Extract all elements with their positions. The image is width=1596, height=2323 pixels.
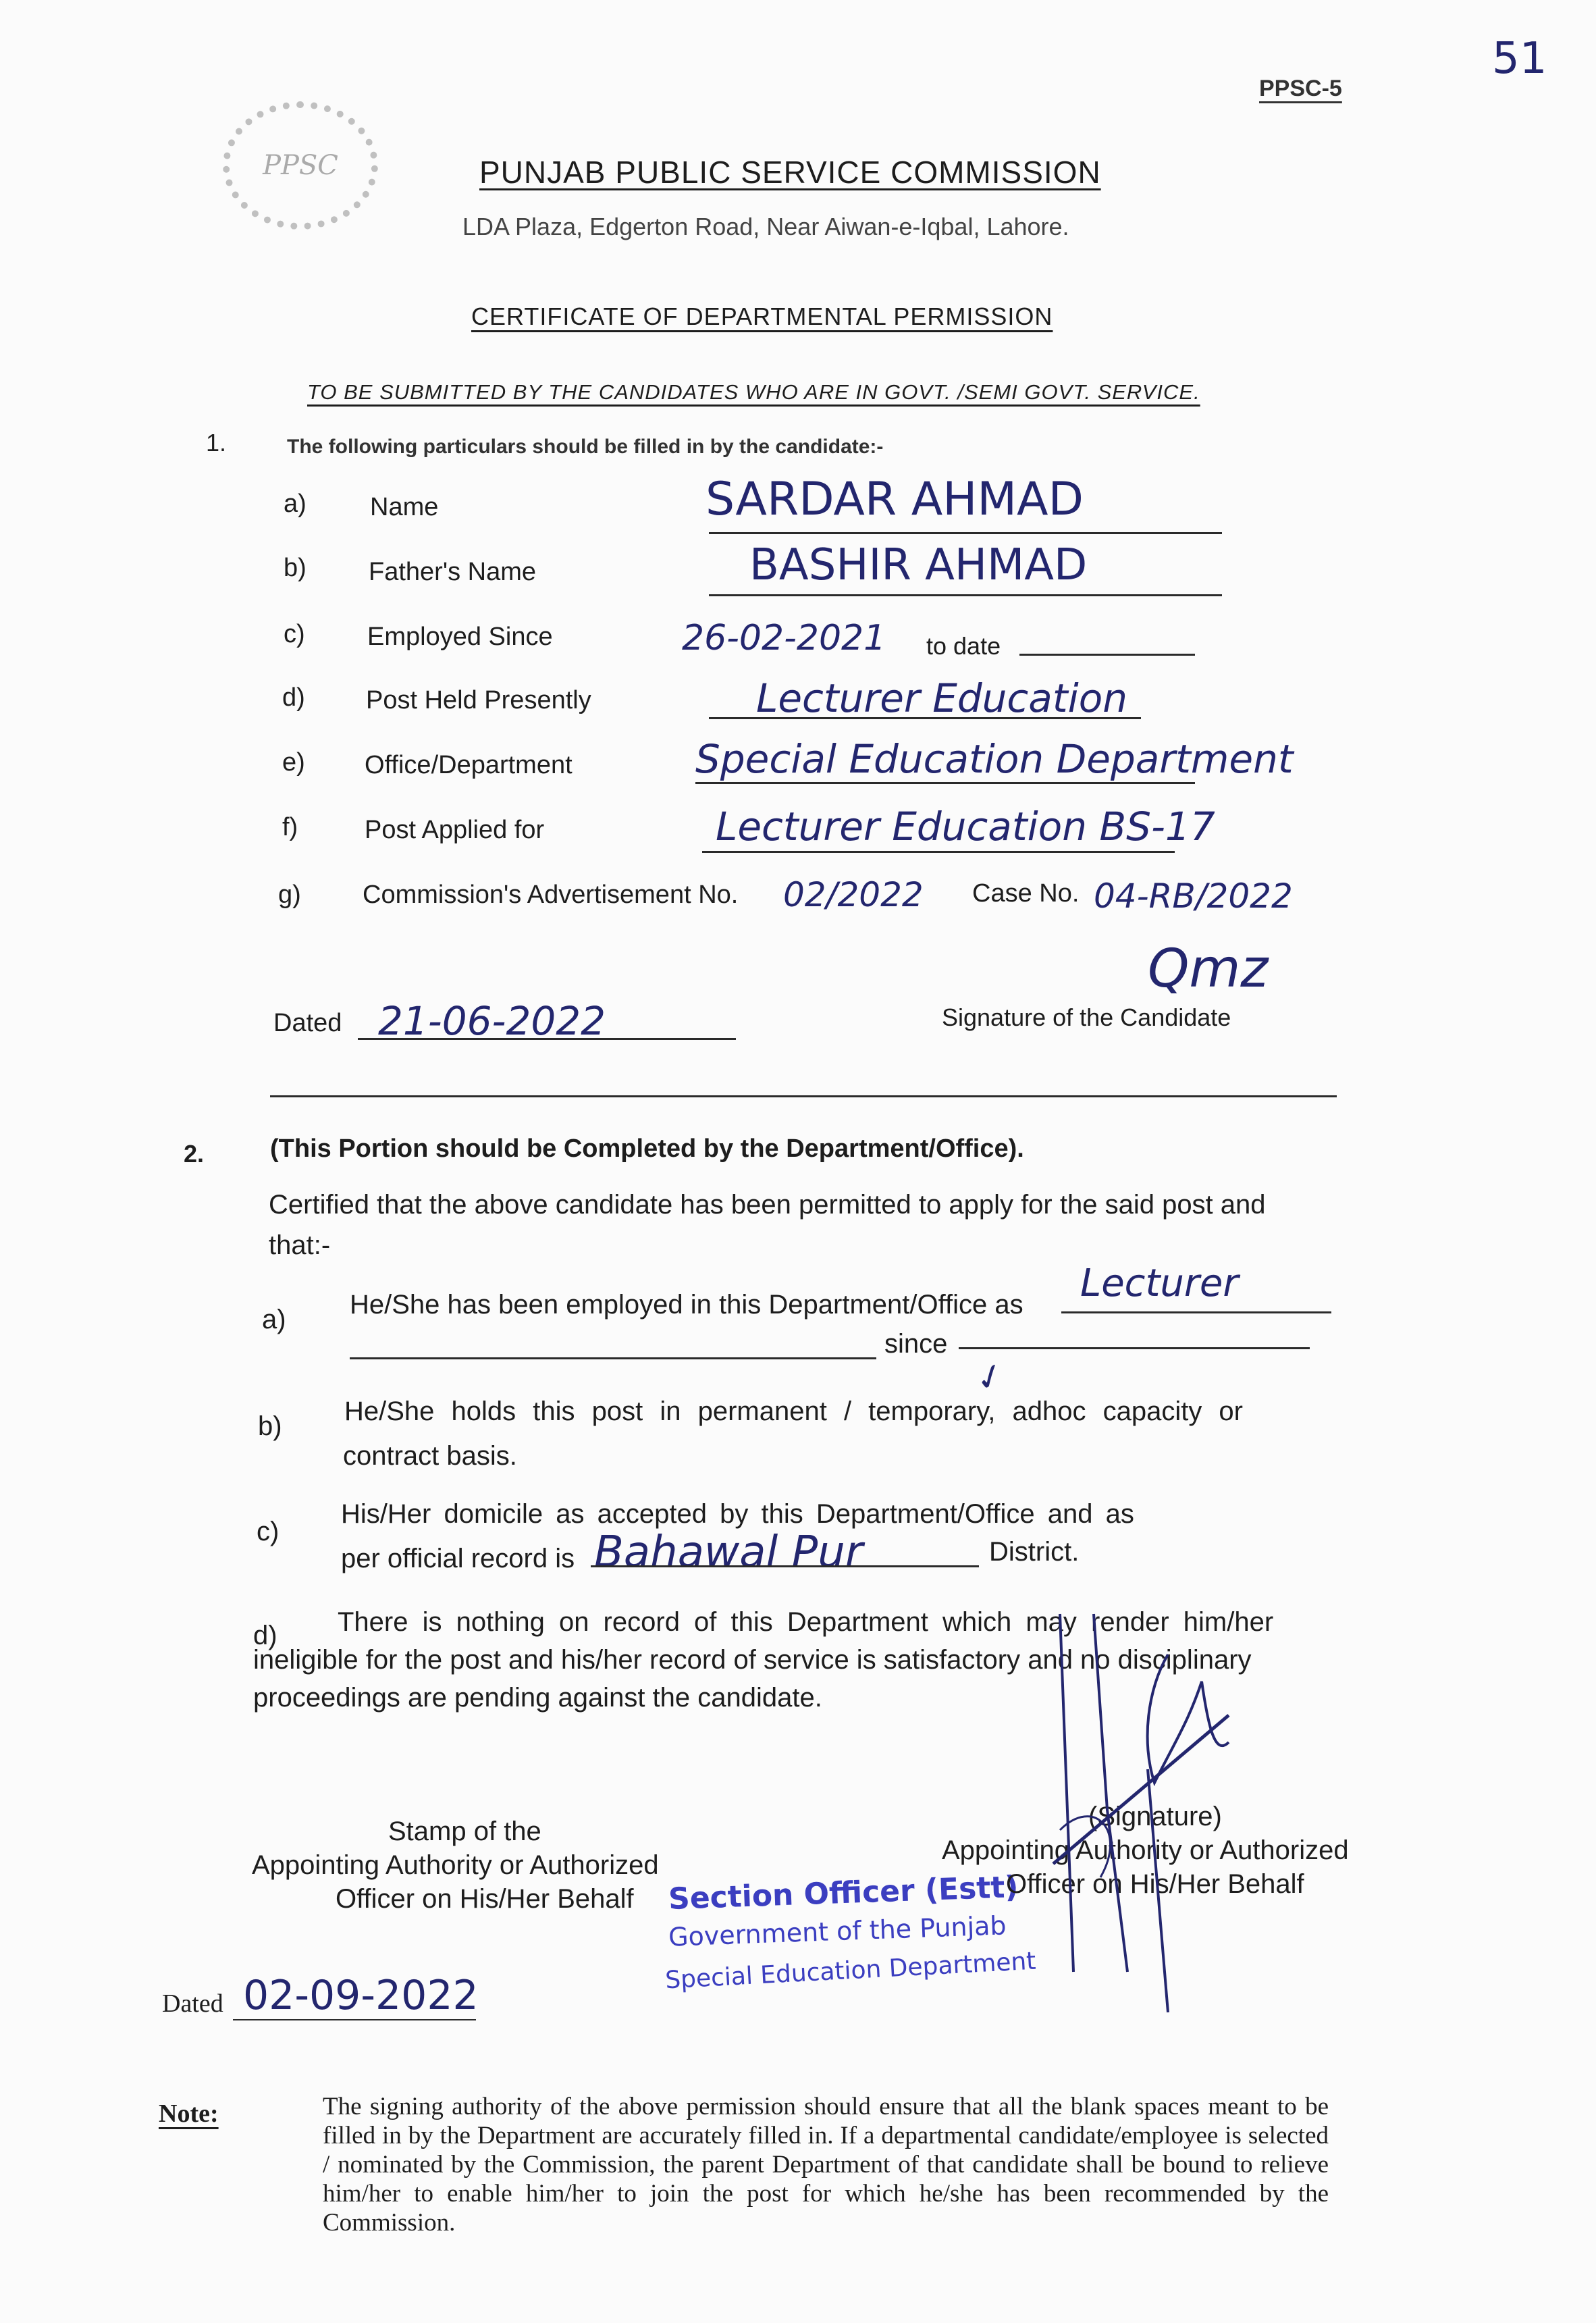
case-no-label: Case No. (972, 879, 1079, 908)
employed-as-field-continued[interactable] (350, 1357, 876, 1359)
official-stamp-line3: Special Education Department (664, 1948, 1036, 1995)
section1-intro: The following particulars should be fill… (287, 436, 883, 459)
page-number: 51 (1492, 34, 1547, 84)
to-date-label: to date (926, 632, 1001, 660)
field-key: b) (284, 554, 307, 583)
domicile-text: His/Her domicile as accepted by this Dep… (341, 1499, 1134, 1530)
record-text-3: proceedings are pending against the cand… (253, 1683, 822, 1713)
advertisement-value[interactable]: 02/2022 (783, 875, 924, 914)
domicile-prefix: per official record is (341, 1544, 575, 1574)
stamp-label-1: Stamp of the (388, 1817, 541, 1847)
form-code: PPSC-5 (1259, 76, 1342, 102)
section2-number: 2. (184, 1140, 204, 1168)
submission-instruction: TO BE SUBMITTED BY THE CANDIDATES WHO AR… (307, 380, 1200, 404)
employed-as-value[interactable]: Lecturer (1080, 1261, 1238, 1305)
logo-text: PPSC (263, 150, 338, 181)
post-held-value[interactable]: Lecturer Education (756, 675, 1127, 721)
field-key: a) (284, 490, 307, 519)
father-name-value[interactable]: BASHIR AHMAD (749, 540, 1087, 590)
district-label: District. (989, 1537, 1079, 1567)
candidate-dated-label: Dated (273, 1009, 342, 1038)
official-stamp-line1: Section Officer (Estt) (668, 1870, 1019, 1916)
field-label-employed-since: Employed Since (367, 623, 553, 652)
since-field[interactable] (959, 1347, 1310, 1349)
candidate-dated-value[interactable]: 21-06-2022 (378, 998, 606, 1044)
section-divider (270, 1095, 1337, 1097)
field-label-office: Office/Department (365, 751, 573, 780)
field-key: f) (282, 813, 298, 842)
item-key: b) (258, 1411, 282, 1442)
candidate-signature-label: Signature of the Candidate (942, 1003, 1231, 1032)
field-key: d) (282, 683, 305, 712)
field-label-name: Name (370, 493, 438, 522)
department-dated-value[interactable]: 02-09-2022 (243, 1972, 479, 2019)
employed-since-value[interactable]: 26-02-2021 (682, 618, 886, 658)
section2-heading: (This Portion should be Completed by the… (270, 1134, 1024, 1164)
field-key: g) (278, 881, 301, 910)
to-date-field[interactable] (1019, 654, 1195, 656)
item-key: a) (262, 1305, 286, 1335)
note-text: The signing authority of the above permi… (323, 2092, 1329, 2237)
field-label-advertisement: Commission's Advertisement No. (363, 881, 738, 910)
official-stamp-line2: Government of the Punjab (668, 1910, 1007, 1952)
temporary-checkmark-icon: ✓ (969, 1353, 1011, 1401)
post-applied-value[interactable]: Lecturer Education BS-17 (716, 804, 1215, 850)
office-value[interactable]: Special Education Department (695, 736, 1294, 782)
capacity-text: He/She holds this post in permanent / te… (344, 1397, 1243, 1427)
item-key: c) (257, 1517, 279, 1547)
name-value[interactable]: SARDAR AHMAD (706, 473, 1084, 526)
ppsc-logo: PPSC (223, 101, 378, 230)
section2-intro-that: that:- (269, 1230, 330, 1261)
stamp-label-3: Officer on His/Her Behalf (336, 1884, 634, 1914)
section1-number: 1. (206, 429, 226, 457)
section2-intro: Certified that the above candidate has b… (269, 1190, 1266, 1220)
domicile-value[interactable]: Bahawal Pur (594, 1528, 863, 1577)
employed-as-text: He/She has been employed in this Departm… (350, 1290, 1023, 1320)
case-no-value[interactable]: 04-RB/2022 (1094, 877, 1293, 916)
field-key: c) (284, 620, 305, 649)
field-label-father: Father's Name (369, 558, 536, 587)
org-address: LDA Plaza, Edgerton Road, Near Aiwan-e-I… (462, 213, 1069, 241)
officer-signature-icon (1013, 1607, 1269, 2026)
department-dated-label: Dated (162, 1989, 223, 2018)
field-label-post-held: Post Held Presently (366, 686, 591, 715)
stamp-label-2: Appointing Authority or Authorized (252, 1850, 659, 1881)
field-key: e) (282, 748, 305, 777)
candidate-signature: Qmz (1148, 939, 1268, 999)
org-name: PUNJAB PUBLIC SERVICE COMMISSION (479, 154, 1101, 190)
since-label: since (884, 1329, 947, 1359)
field-label-post-applied: Post Applied for (365, 816, 544, 845)
capacity-text-2: contract basis. (343, 1441, 517, 1471)
certificate-title: CERTIFICATE OF DEPARTMENTAL PERMISSION (471, 303, 1053, 331)
note-label: Note: (159, 2099, 219, 2129)
